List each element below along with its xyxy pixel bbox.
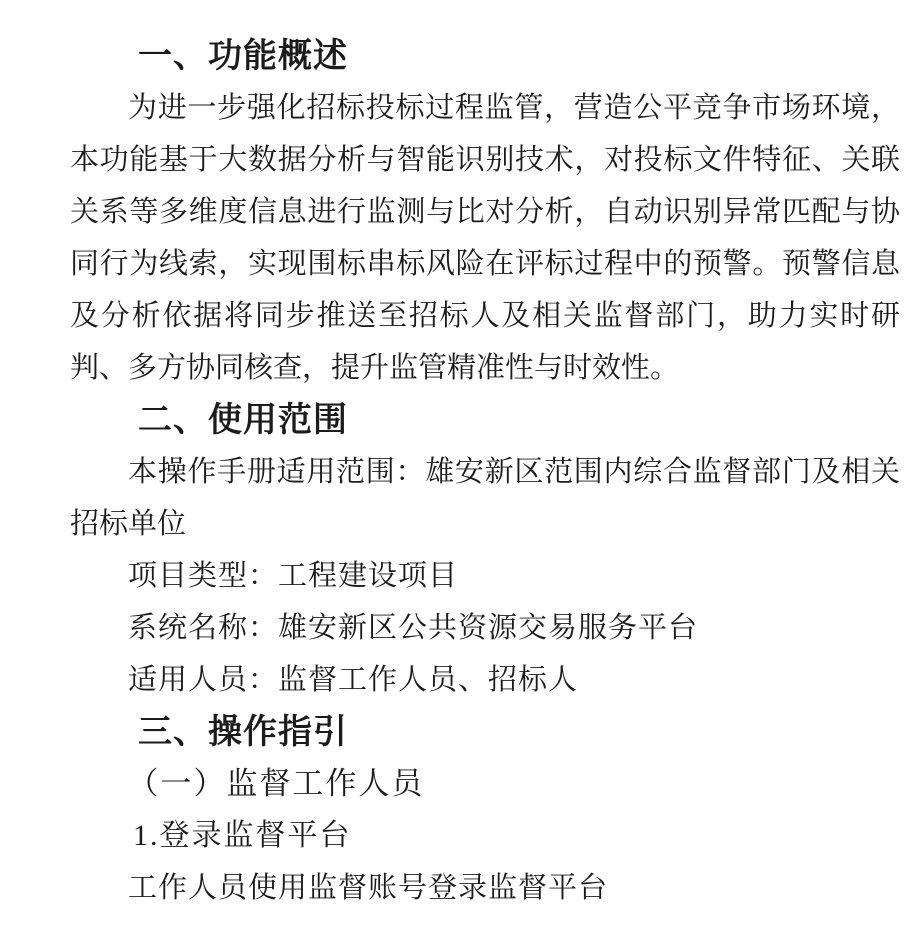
subsection-heading-supervision-staff: （一）监督工作人员 bbox=[70, 758, 900, 810]
section-heading-operation-guide: 三、操作指引 bbox=[70, 706, 900, 758]
paragraph-usage-scope: 本操作手册适用范围：雄安新区范围内综合监督部门及相关招标单位 bbox=[70, 446, 900, 550]
section-heading-function-overview: 一、功能概述 bbox=[70, 30, 900, 82]
paragraph-project-type: 项目类型：工程建设项目 bbox=[70, 550, 900, 602]
paragraph-applicable-users: 适用人员：监督工作人员、招标人 bbox=[70, 654, 900, 706]
document-page: 一、功能概述 为进一步强化招标投标过程监管，营造公平竞争市场环境，本功能基于大数… bbox=[0, 0, 923, 933]
paragraph-function-overview: 为进一步强化招标投标过程监管，营造公平竞争市场环境，本功能基于大数据分析与智能识… bbox=[70, 82, 900, 394]
paragraph-system-name: 系统名称：雄安新区公共资源交易服务平台 bbox=[70, 602, 900, 654]
section-heading-usage-scope: 二、使用范围 bbox=[70, 394, 900, 446]
step-heading-login-supervision-platform: 1.登录监督平台 bbox=[70, 810, 900, 862]
paragraph-login-description: 工作人员使用监督账号登录监督平台 bbox=[70, 862, 900, 914]
